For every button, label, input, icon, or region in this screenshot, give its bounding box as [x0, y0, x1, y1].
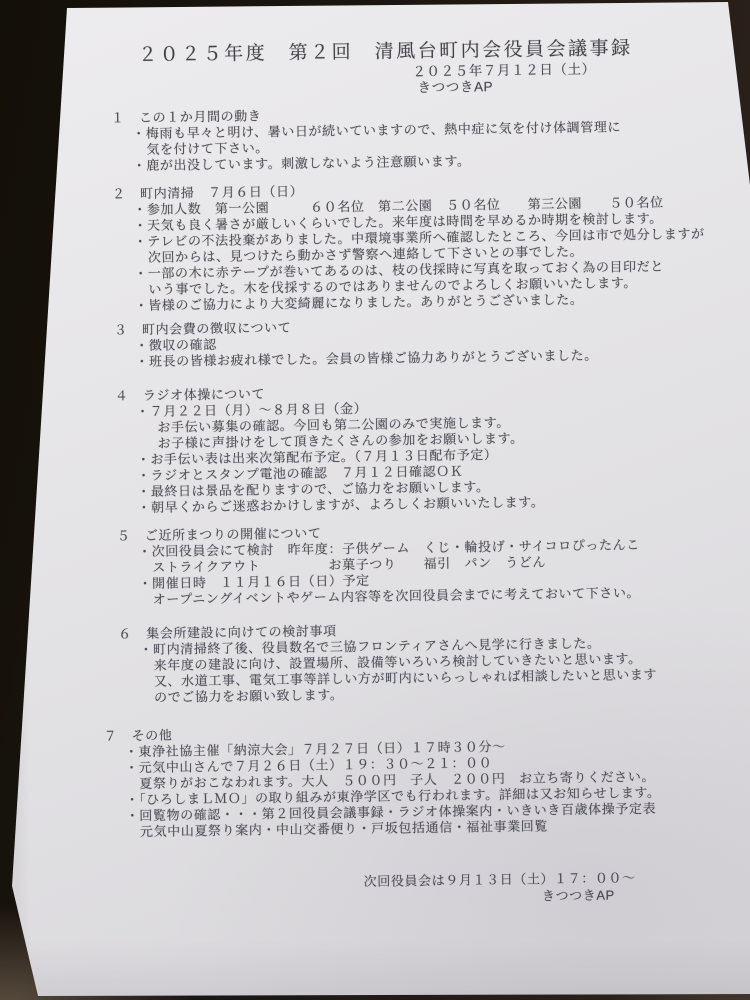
- section-heading: この１か月間の動き: [139, 108, 262, 125]
- next-meeting-note: 次回役員会は９月１３日（土）１７：００～ きつつきAP: [12, 867, 750, 911]
- minutes-section: ７その他 ・東浄社協主催「納涼大会」７月２７日（日）１７時３０分～・元気中山さん…: [0, 719, 750, 842]
- paper-sheet: ２０２５年度 第２回 清風台町内会役員会議事録 ２０２５年７月１２日（土） きつ…: [0, 0, 750, 1000]
- section-number: ５: [117, 528, 145, 544]
- photo-background: ２０２５年度 第２回 清風台町内会役員会議事録 ２０２５年７月１２日（土） きつ…: [0, 0, 750, 1000]
- section-number: １: [111, 110, 139, 126]
- minutes-section: ６集会所建設に向けての検討事項 ・町内清掃終了後、役員数名で三協フロンティアさん…: [8, 617, 750, 707]
- section-heading: 集会所建設に向けての検討事項: [146, 623, 337, 641]
- section-number: ４: [115, 388, 143, 404]
- section-heading: 町内会費の徴収について: [142, 320, 292, 337]
- section-heading: 町内清掃 ７月６日（日）: [140, 184, 303, 201]
- minutes-section: ５ご近所まつりの開催について ・次回役員会にて検討 昨年度：子供ゲーム くじ・輪…: [7, 519, 750, 609]
- sections-list: １この１か月間の動き ・梅雨も早々と明け、暑い日が続いていますので、熱中症に気を…: [1, 101, 750, 841]
- section-number: ６: [118, 626, 146, 642]
- section-heading: ラジオ体操について: [143, 386, 265, 403]
- section-heading: その他: [132, 728, 173, 744]
- section-number: ７: [104, 728, 132, 744]
- minutes-section: １この１か月間の動き ・梅雨も早々と明け、暑い日が続いていますので、熱中症に気を…: [1, 101, 750, 175]
- section-heading: ご近所まつりの開催について: [145, 526, 322, 543]
- minutes-section: ３町内会費の徴収について ・徴収の確認・班長の皆様お疲れ様でした。会員の皆様ご協…: [4, 313, 750, 371]
- section-number: ３: [114, 322, 142, 338]
- minutes-section: ４ラジオ体操について ・７月２２日（月）～８月８日（金）お手伝い募集の確認。今回…: [5, 379, 750, 517]
- minutes-section: ２町内清掃 ７月６日（日） ・参加人数 第一公園 ６０名位 第二公園 ５０名位 …: [2, 177, 750, 315]
- document-content: ２０２５年度 第２回 清風台町内会役員会議事録 ２０２５年７月１２日（土） きつ…: [0, 36, 750, 911]
- section-number: ２: [112, 186, 140, 202]
